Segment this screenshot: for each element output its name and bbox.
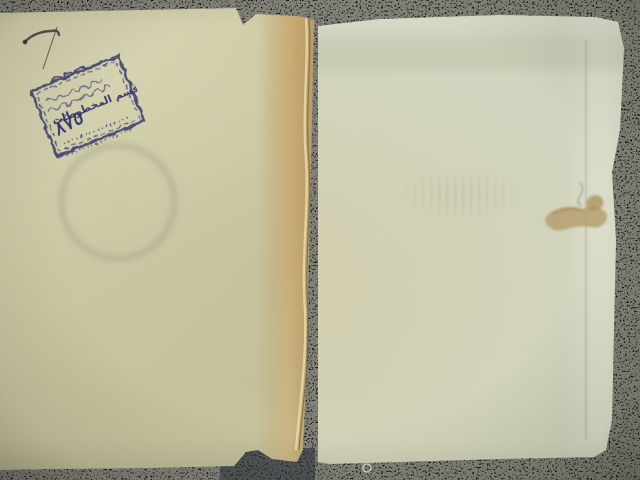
book-photograph: قسم المخطوطات ٨٧٥ (0, 0, 640, 480)
gutter-stub-edge (0, 0, 640, 480)
